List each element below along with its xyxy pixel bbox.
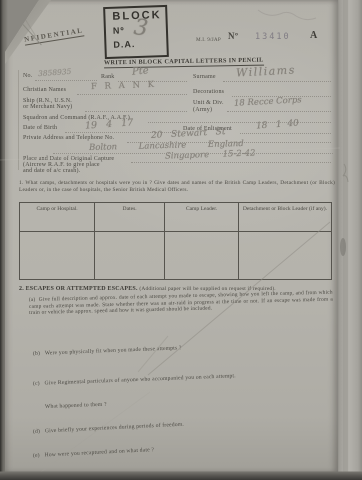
- field-line: [227, 110, 331, 112]
- field-value-no: 3858935: [38, 67, 72, 78]
- col-detachment-leader: Detachment or Block Leader (if any).: [238, 203, 331, 232]
- field-value-christian-names: F R A N K: [91, 80, 157, 92]
- empty-cell: [238, 232, 331, 280]
- camps-table-header-row: Camp or Hospital. Dates. Camp Leader. De…: [20, 203, 332, 232]
- field-value-dob: 19 4 17: [85, 117, 134, 131]
- question-2b: (b) Were you physically fit when you mad…: [33, 345, 182, 357]
- question-1-text: 1. What camps, detachments or hospitals …: [19, 180, 335, 193]
- field-label-ship-2: or Merchant Navy): [23, 104, 72, 110]
- question-2d: (d) Give briefly your experiences during…: [33, 422, 184, 435]
- stamp-dept: D.A.: [113, 39, 135, 50]
- item-b-text: Were you physically fit when you made th…: [45, 345, 182, 356]
- field-line: [148, 121, 331, 123]
- item-d-text: Give briefly your experiences during per…: [45, 422, 184, 435]
- item-a-label: (a): [29, 297, 36, 303]
- question-2a: (a) Give full description and approx. da…: [29, 290, 333, 317]
- field-label-decorations: Decorations: [193, 89, 224, 95]
- confidential-marking: NFIDENTIAL: [24, 26, 85, 45]
- field-value-surname: Williams: [236, 63, 296, 79]
- corner-crease: [14, 2, 36, 36]
- question-2c: (c) Give Regimental particulars of anyon…: [33, 373, 236, 387]
- camps-table: Camp or Hospital. Dates. Camp Leader. De…: [19, 202, 332, 280]
- stamp-handwritten-number: 3: [132, 15, 149, 42]
- empty-cell: [95, 232, 165, 280]
- field-value-enlistment: 18 1 40: [256, 119, 300, 132]
- field-line: [223, 80, 331, 82]
- form-page: NFIDENTIAL BLOCK Nº 3 D.A. M.I. 9/JAP Nº…: [5, 0, 338, 473]
- item-a-text: Give full description and approx. date o…: [29, 290, 333, 317]
- form-left-rule: [18, 70, 19, 170]
- block-number-stamp: BLOCK Nº 3 D.A.: [103, 5, 169, 59]
- field-line: [240, 132, 331, 134]
- field-line: [77, 93, 187, 95]
- ref-number-stamp: 13410: [255, 32, 291, 42]
- question-2-heading: 2. ESCAPES OR ATTEMPTED ESCAPES.: [19, 286, 138, 292]
- question-2c-sub: What happened to them ?: [45, 402, 107, 410]
- field-label-dob: Date of Birth: [23, 125, 57, 131]
- item-c-label: (c): [33, 381, 40, 387]
- field-value-capture: Singapore 15-2-42: [165, 148, 256, 161]
- empty-cell: [165, 232, 239, 280]
- field-label-capture-3: and date of a/c crash).: [23, 168, 80, 174]
- col-camp-leader: Camp Leader.: [165, 203, 239, 232]
- field-label-rank: Rank: [101, 74, 114, 80]
- underlying-page-edge-line: [343, 0, 348, 480]
- question-2e: (e) How were you recaptured and on what …: [33, 447, 154, 459]
- item-e-text: How were you recaptured and on what date…: [44, 447, 154, 458]
- scanned-document: NFIDENTIAL BLOCK Nº 3 D.A. M.I. 9/JAP Nº…: [0, 0, 362, 480]
- stamp-no-label: Nº: [113, 25, 125, 35]
- underlying-page-edge: [336, 0, 362, 480]
- field-value-unit: 18 Recce Corps: [234, 95, 302, 109]
- item-b-label: (b): [33, 351, 40, 357]
- field-line: [35, 79, 97, 81]
- ref-no-label: Nº: [228, 31, 238, 41]
- col-camp-or-hospital: Camp or Hospital.: [20, 203, 95, 232]
- field-label-surname: Surname: [193, 74, 216, 80]
- ref-organisation: M.I. 9/JAP: [196, 37, 221, 43]
- item-d-label: (d): [33, 429, 40, 435]
- bottom-scan-shadow: [0, 471, 362, 480]
- empty-cell: [20, 232, 95, 280]
- item-c-text: Give Regimental particulars of anyone wh…: [44, 373, 236, 386]
- field-label-no: No.: [23, 73, 32, 79]
- field-value-rank: Pte: [132, 65, 150, 77]
- field-label-christian-names: Christian Names: [23, 87, 66, 93]
- field-line: [131, 161, 331, 163]
- field-label-unit-2: (Army): [193, 107, 212, 113]
- col-dates: Dates.: [95, 203, 165, 232]
- camps-table-empty-row: [20, 232, 332, 280]
- item-e-label: (e): [33, 453, 40, 459]
- ref-block-letter: A: [310, 30, 317, 41]
- field-label-unit-1: Unit & Div.: [193, 100, 224, 106]
- field-line: [85, 110, 187, 112]
- field-label-address: Private Address and Telephone No.: [23, 135, 114, 141]
